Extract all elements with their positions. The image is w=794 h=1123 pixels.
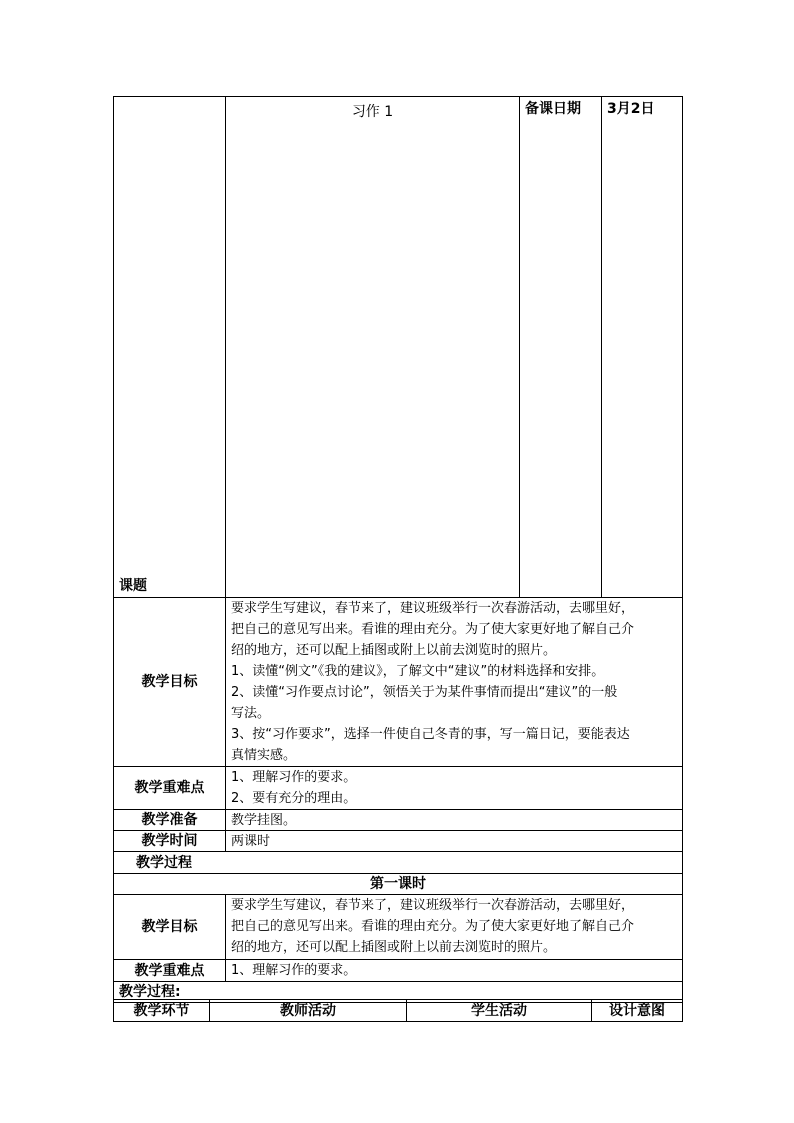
objectives-row: 教学目标 要求学生写建议，春节来了，建议班级举行一次春游活动，去哪里好， 把自己…	[114, 598, 683, 767]
topic-label: 课题	[114, 97, 226, 598]
prep-date-label: 备课日期	[520, 97, 602, 598]
document-page: 课题 习作 1 备课日期 3月2日 教学目标 要求学生写建议，春节来了，建议班级…	[0, 0, 794, 1123]
key-points-row: 教学重难点 1、理解习作的要求。 2、要有充分的理由。	[114, 767, 683, 810]
column-header-design-intent: 设计意图	[592, 1000, 683, 1022]
objectives-line: 1、读懂“例文”《我的建议》，了解文中“建议”的材料选择和安排。	[231, 661, 677, 682]
lesson1-objectives-row: 教学目标 要求学生写建议，春节来了，建议班级举行一次春游活动，去哪里好， 把自己…	[114, 895, 683, 960]
objectives-label: 教学目标	[114, 598, 226, 767]
lesson1-objectives-content: 要求学生写建议，春节来了，建议班级举行一次春游活动，去哪里好， 把自己的意见写出…	[226, 895, 683, 960]
column-header-student-activity: 学生活动	[407, 1000, 592, 1022]
lesson-plan-table: 课题 习作 1 备课日期 3月2日 教学目标 要求学生写建议，春节来了，建议班级…	[113, 96, 683, 1003]
preparation-label: 教学准备	[114, 810, 226, 831]
duration-value: 两课时	[226, 831, 683, 852]
process-label: 教学过程	[114, 852, 683, 874]
process-header-row: 教学环节 教师活动 学生活动 设计意图	[114, 1000, 683, 1022]
lesson1-objectives-line: 要求学生写建议，春节来了，建议班级举行一次春游活动，去哪里好，	[231, 895, 677, 916]
key-point-line: 1、理解习作的要求。	[231, 767, 677, 788]
process-header-table: 教学环节 教师活动 学生活动 设计意图	[113, 999, 683, 1022]
prep-date-value: 3月2日	[602, 97, 683, 598]
objectives-line: 真情实感。	[231, 745, 677, 766]
column-header-stage: 教学环节	[114, 1000, 210, 1022]
topic-value: 习作 1	[226, 97, 520, 598]
process-row: 教学过程	[114, 852, 683, 874]
key-point-line: 2、要有充分的理由。	[231, 788, 677, 809]
objectives-line: 要求学生写建议，春节来了，建议班级举行一次春游活动，去哪里好，	[231, 598, 677, 619]
preparation-value: 教学挂图。	[226, 810, 683, 831]
lesson1-title: 第一课时	[114, 874, 683, 895]
key-points-label: 教学重难点	[114, 767, 226, 810]
key-points-content: 1、理解习作的要求。 2、要有充分的理由。	[226, 767, 683, 810]
objectives-line: 把自己的意见写出来。看谁的理由充分。为了使大家更好地了解自己介	[231, 619, 677, 640]
objectives-line: 绍的地方，还可以配上插图或附上以前去浏览时的照片。	[231, 640, 677, 661]
objectives-line: 写法。	[231, 703, 677, 724]
topic-row: 课题 习作 1 备课日期 3月2日	[114, 97, 683, 598]
duration-row: 教学时间 两课时	[114, 831, 683, 852]
preparation-row: 教学准备 教学挂图。	[114, 810, 683, 831]
objectives-line: 2、读懂“习作要点讨论”，领悟关于为某件事情而提出“建议”的一般	[231, 682, 677, 703]
lesson1-objectives-label: 教学目标	[114, 895, 226, 960]
lesson1-key-points-label: 教学重难点	[114, 960, 226, 982]
lesson1-objectives-line: 把自己的意见写出来。看谁的理由充分。为了使大家更好地了解自己介	[231, 916, 677, 937]
lesson1-key-points-value: 1、理解习作的要求。	[226, 960, 683, 982]
objectives-content: 要求学生写建议，春节来了，建议班级举行一次春游活动，去哪里好， 把自己的意见写出…	[226, 598, 683, 767]
objectives-line: 3、按“习作要求”，选择一件使自己冬青的事，写一篇日记，要能表达	[231, 724, 677, 745]
lesson1-key-points-row: 教学重难点 1、理解习作的要求。	[114, 960, 683, 982]
lesson1-title-row: 第一课时	[114, 874, 683, 895]
column-header-teacher-activity: 教师活动	[210, 1000, 407, 1022]
duration-label: 教学时间	[114, 831, 226, 852]
lesson1-objectives-line: 绍的地方，还可以配上插图或附上以前去浏览时的照片。	[231, 937, 677, 958]
